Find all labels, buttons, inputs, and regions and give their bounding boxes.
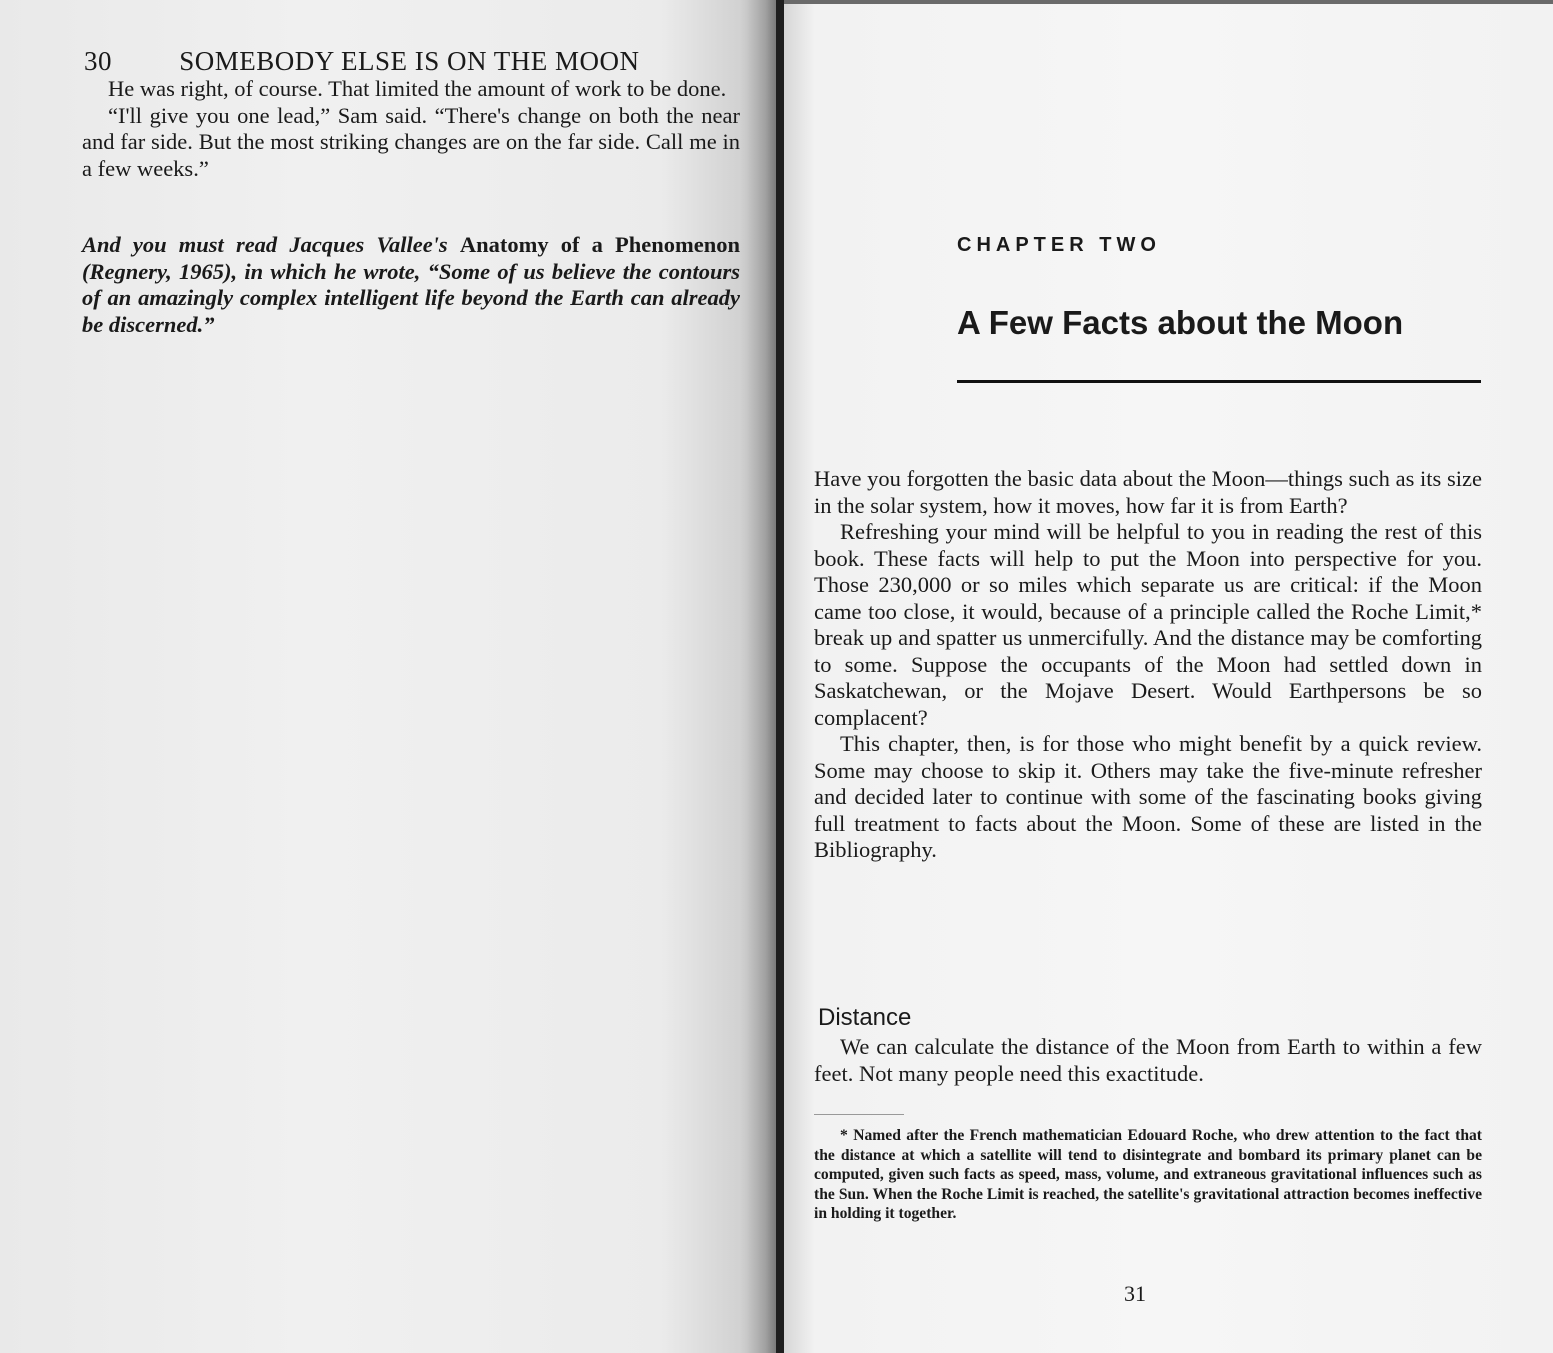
- chapter-divider: [957, 380, 1481, 383]
- right-body-text: Have you forgotten the basic data about …: [814, 466, 1482, 864]
- paragraph: We can calculate the distance of the Moo…: [814, 1034, 1482, 1087]
- left-body-text: He was right, of course. That limited th…: [82, 76, 740, 182]
- left-page: [0, 0, 778, 1353]
- note-text: And you must read Jacques Vallee's: [82, 232, 460, 257]
- footnote-divider: [814, 1114, 904, 1115]
- editor-note: And you must read Jacques Vallee's Anato…: [82, 232, 740, 338]
- left-page-number: 30: [84, 46, 172, 77]
- paragraph: “I'll give you one lead,” Sam said. “The…: [82, 103, 740, 183]
- running-head-title: SOMEBODY ELSE IS ON THE MOON: [179, 46, 639, 76]
- book-title-reference: Anatomy of a Phenomenon: [460, 232, 740, 257]
- section-heading: Distance: [818, 1004, 911, 1032]
- footnote-text: * Named after the French mathematician E…: [814, 1126, 1482, 1224]
- chapter-label: CHAPTER TWO: [957, 234, 1161, 257]
- paragraph: Have you forgotten the basic data about …: [814, 466, 1482, 519]
- paragraph: Refreshing your mind will be helpful to …: [814, 519, 1482, 731]
- book-spine: [776, 0, 784, 1353]
- paragraph: He was right, of course. That limited th…: [82, 76, 740, 103]
- book-spread: 30 SOMEBODY ELSE IS ON THE MOON He was r…: [0, 0, 1553, 1353]
- note-text: (Regnery, 1965), in which he wrote, “Som…: [82, 259, 740, 337]
- running-head: 30 SOMEBODY ELSE IS ON THE MOON: [84, 46, 640, 77]
- footnote: * Named after the French mathematician E…: [814, 1126, 1482, 1224]
- section-body-text: We can calculate the distance of the Moo…: [814, 1034, 1482, 1087]
- chapter-title: A Few Facts about the Moon: [957, 304, 1403, 342]
- paragraph: This chapter, then, is for those who mig…: [814, 731, 1482, 864]
- gutter-shadow: [740, 0, 776, 1353]
- right-page-number: 31: [1124, 1281, 1146, 1307]
